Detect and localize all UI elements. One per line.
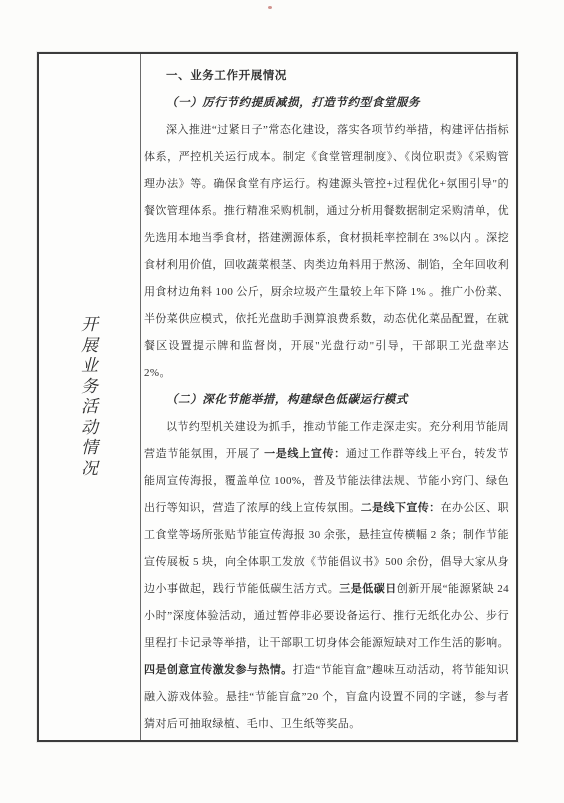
content-cell: 一、业务工作开展情况（一）厉行节约提质减损，打造节约型食堂服务深入推进“过紧日子… xyxy=(141,54,516,740)
emphasis-text: 四是创意宣传激发参与热情。 xyxy=(144,664,293,676)
body-text: 在办公区、职工食堂等场所张贴节能宣传海报 30 余张，悬挂宣传横幅 2 条；制作… xyxy=(144,502,509,595)
emphasis-text: 二是线下宣传： xyxy=(361,502,441,514)
body-text: 深入推进“过紧日子”常态化建设，落实各项节约举措，构建评估指标体系，严控机关运行… xyxy=(144,124,509,379)
emphasis-text: 一是线上宣传： xyxy=(264,448,346,460)
paragraph: 以节约型机关建设为抓手，推动节能工作走深走实。充分利用节能周营造节能氛围，开展了… xyxy=(144,414,509,738)
paragraph: 深入推进“过紧日子”常态化建设，落实各项节约举措，构建评估指标体系，严控机关运行… xyxy=(144,117,509,387)
row-header-cell: 开展业务活动情况 xyxy=(39,54,141,740)
document-page: 开展业务活动情况 一、业务工作开展情况（一）厉行节约提质减损，打造节约型食堂服务… xyxy=(0,0,564,803)
subsection-title: （二）深化节能举措，构建绿色低碳运行模式 xyxy=(144,387,509,414)
report-table: 开展业务活动情况 一、业务工作开展情况（一）厉行节约提质减损，打造节约型食堂服务… xyxy=(37,52,518,742)
row-header-label: 开展业务活动情况 xyxy=(80,315,100,479)
section-title: 一、业务工作开展情况 xyxy=(144,63,509,90)
subsection-title: （三）坚持规范管控，优化公务用车保障体系 xyxy=(144,738,509,740)
emphasis-text: 三是低碳日 xyxy=(339,583,396,595)
subsection-title: （一）厉行节约提质减损，打造节约型食堂服务 xyxy=(144,90,509,117)
scan-speck xyxy=(268,6,272,9)
